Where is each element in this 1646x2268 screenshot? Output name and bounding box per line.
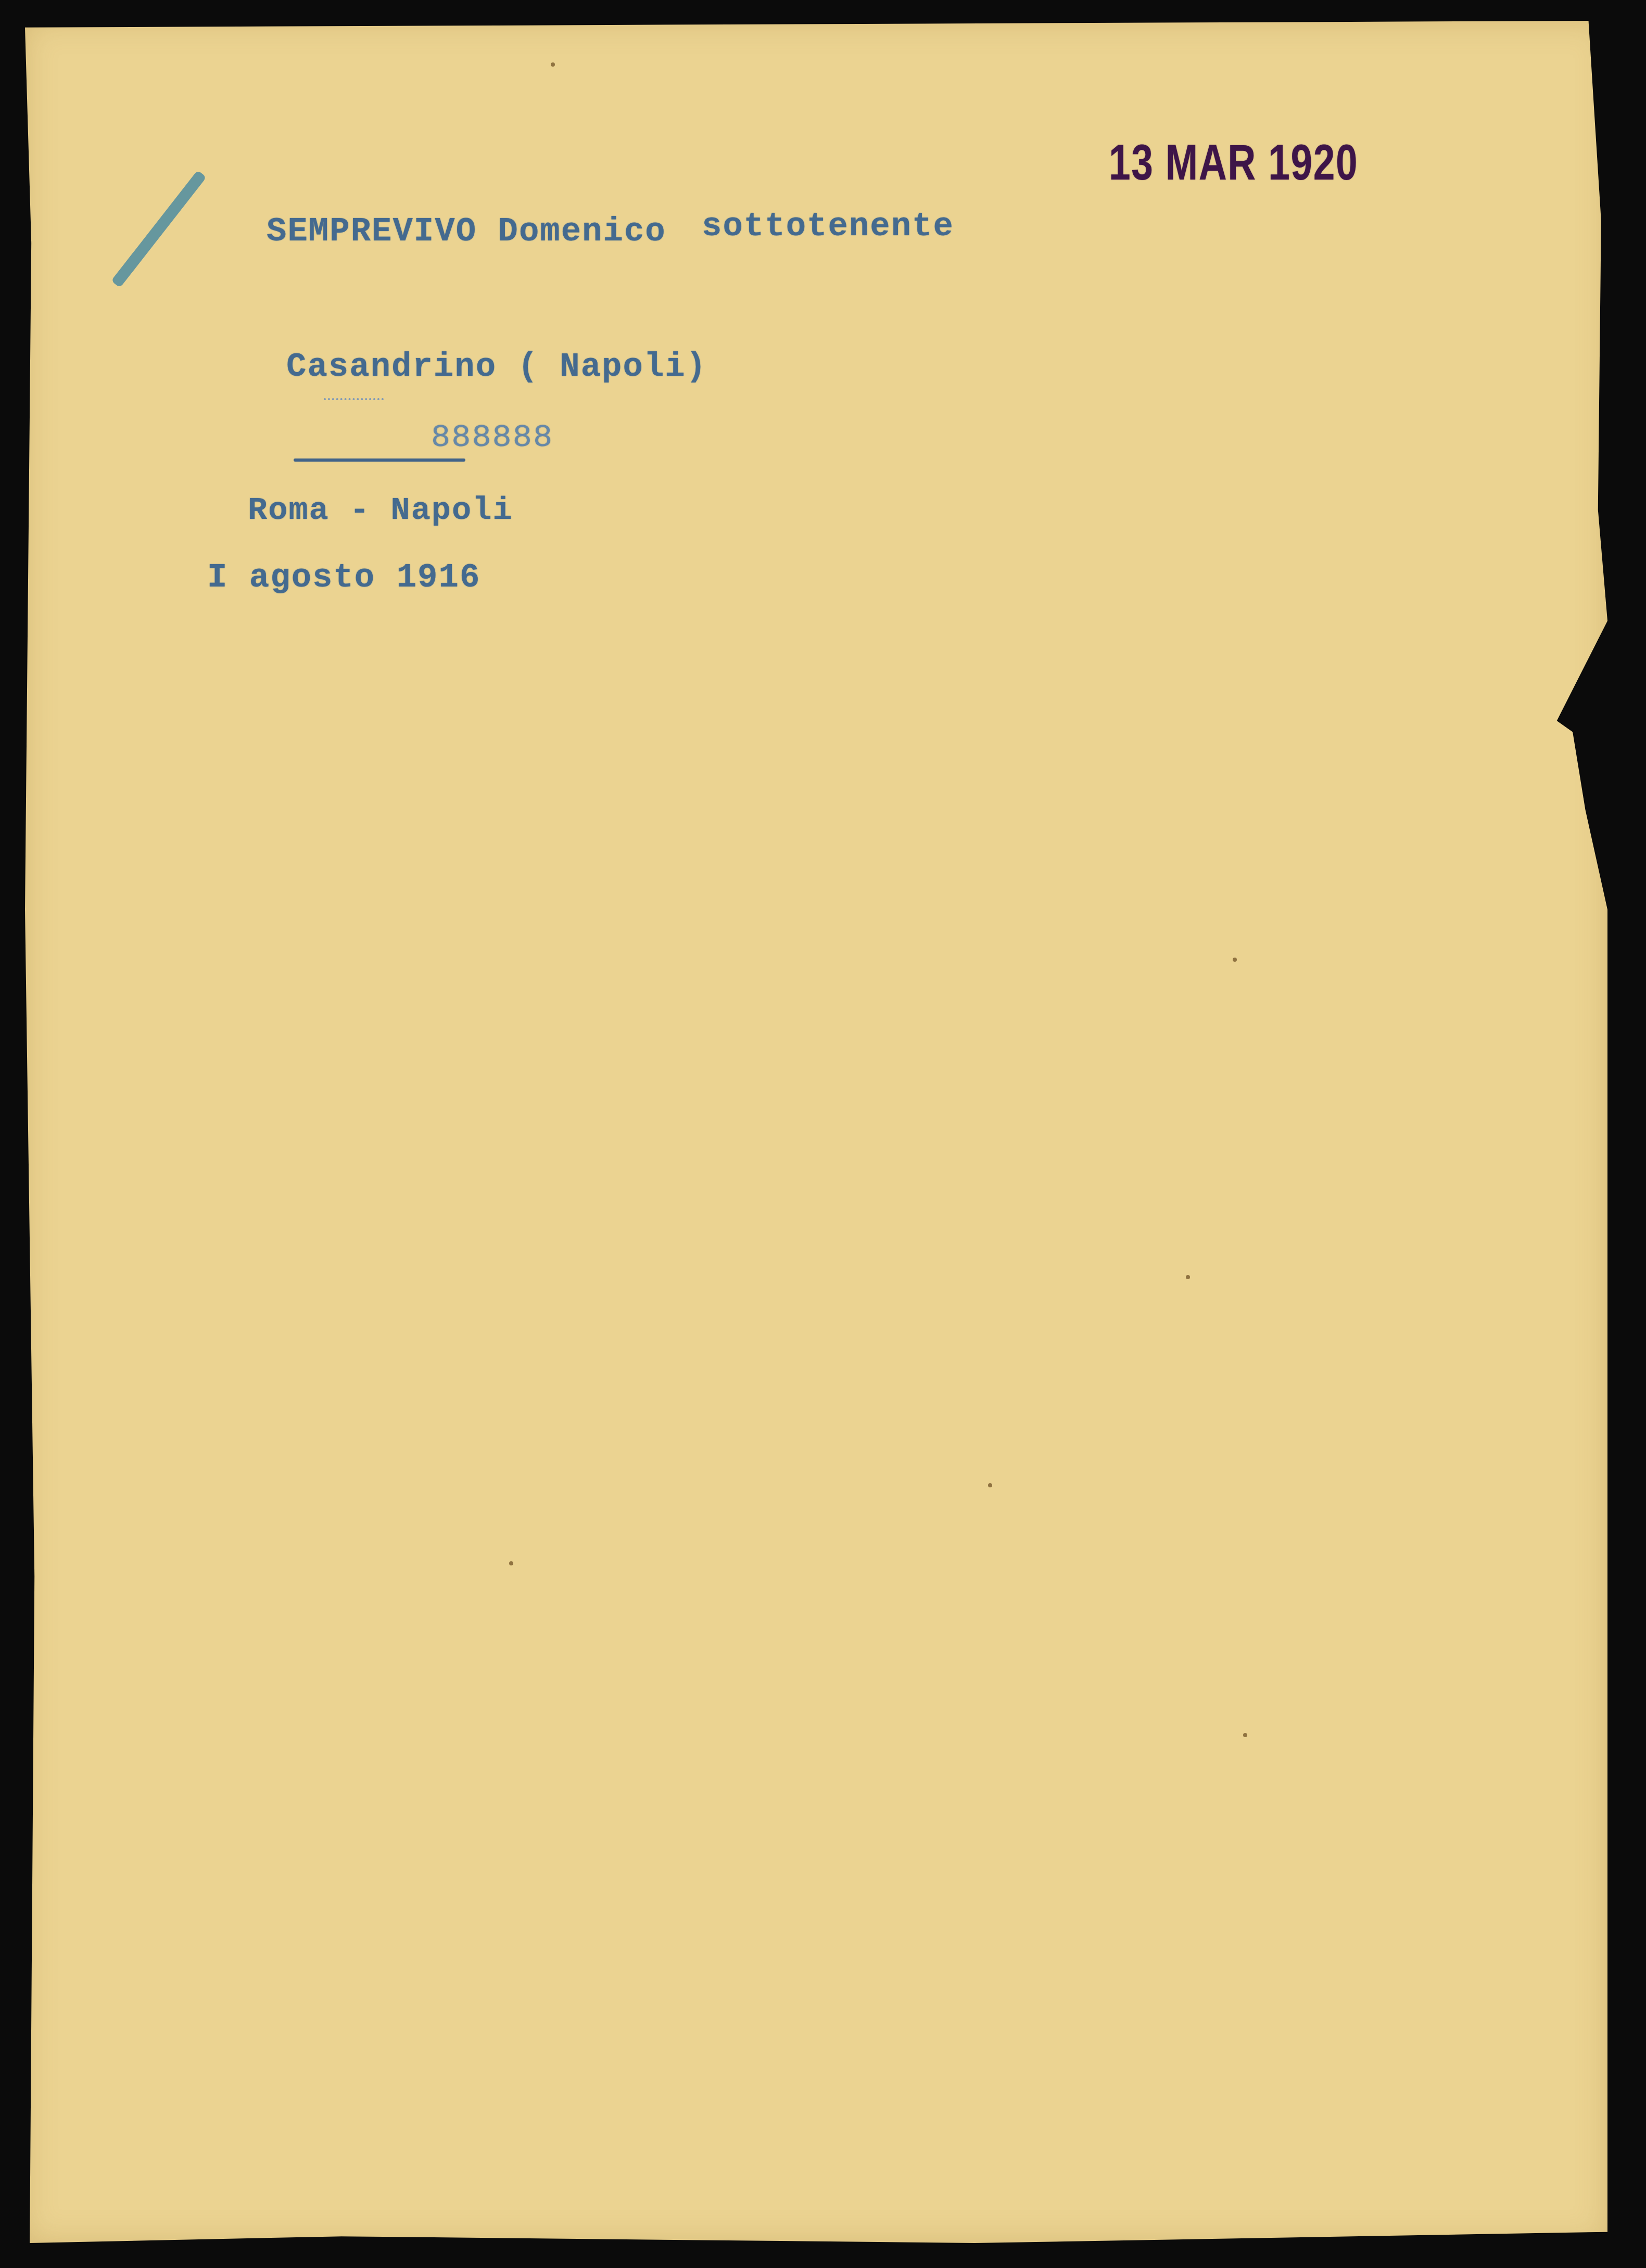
paper-fleck [1243,1733,1247,1737]
paper-fleck [988,1483,992,1487]
paper-fleck [1186,1275,1190,1279]
dotted-underline [324,398,384,400]
date-stamp: 13 MAR 1920 [1109,134,1358,192]
birthplace: Casandrino ( Napoli) [286,349,707,386]
record-date: I agosto 1916 [207,559,480,597]
struck-number: 888888 [431,419,553,456]
military-rank: sottotenente [702,208,954,246]
paper-fleck [551,62,555,67]
paper-fleck [1233,958,1237,962]
person-name: SEMPREVIVO Domenico [267,213,666,251]
route: Roma - Napoli [248,492,513,529]
pencil-slash-mark [111,170,207,288]
paper-fleck [509,1561,513,1565]
solid-underline [294,458,465,462]
document-card: 13 MAR 1920 SEMPREVIVO Domenico sottoten… [25,21,1607,2243]
